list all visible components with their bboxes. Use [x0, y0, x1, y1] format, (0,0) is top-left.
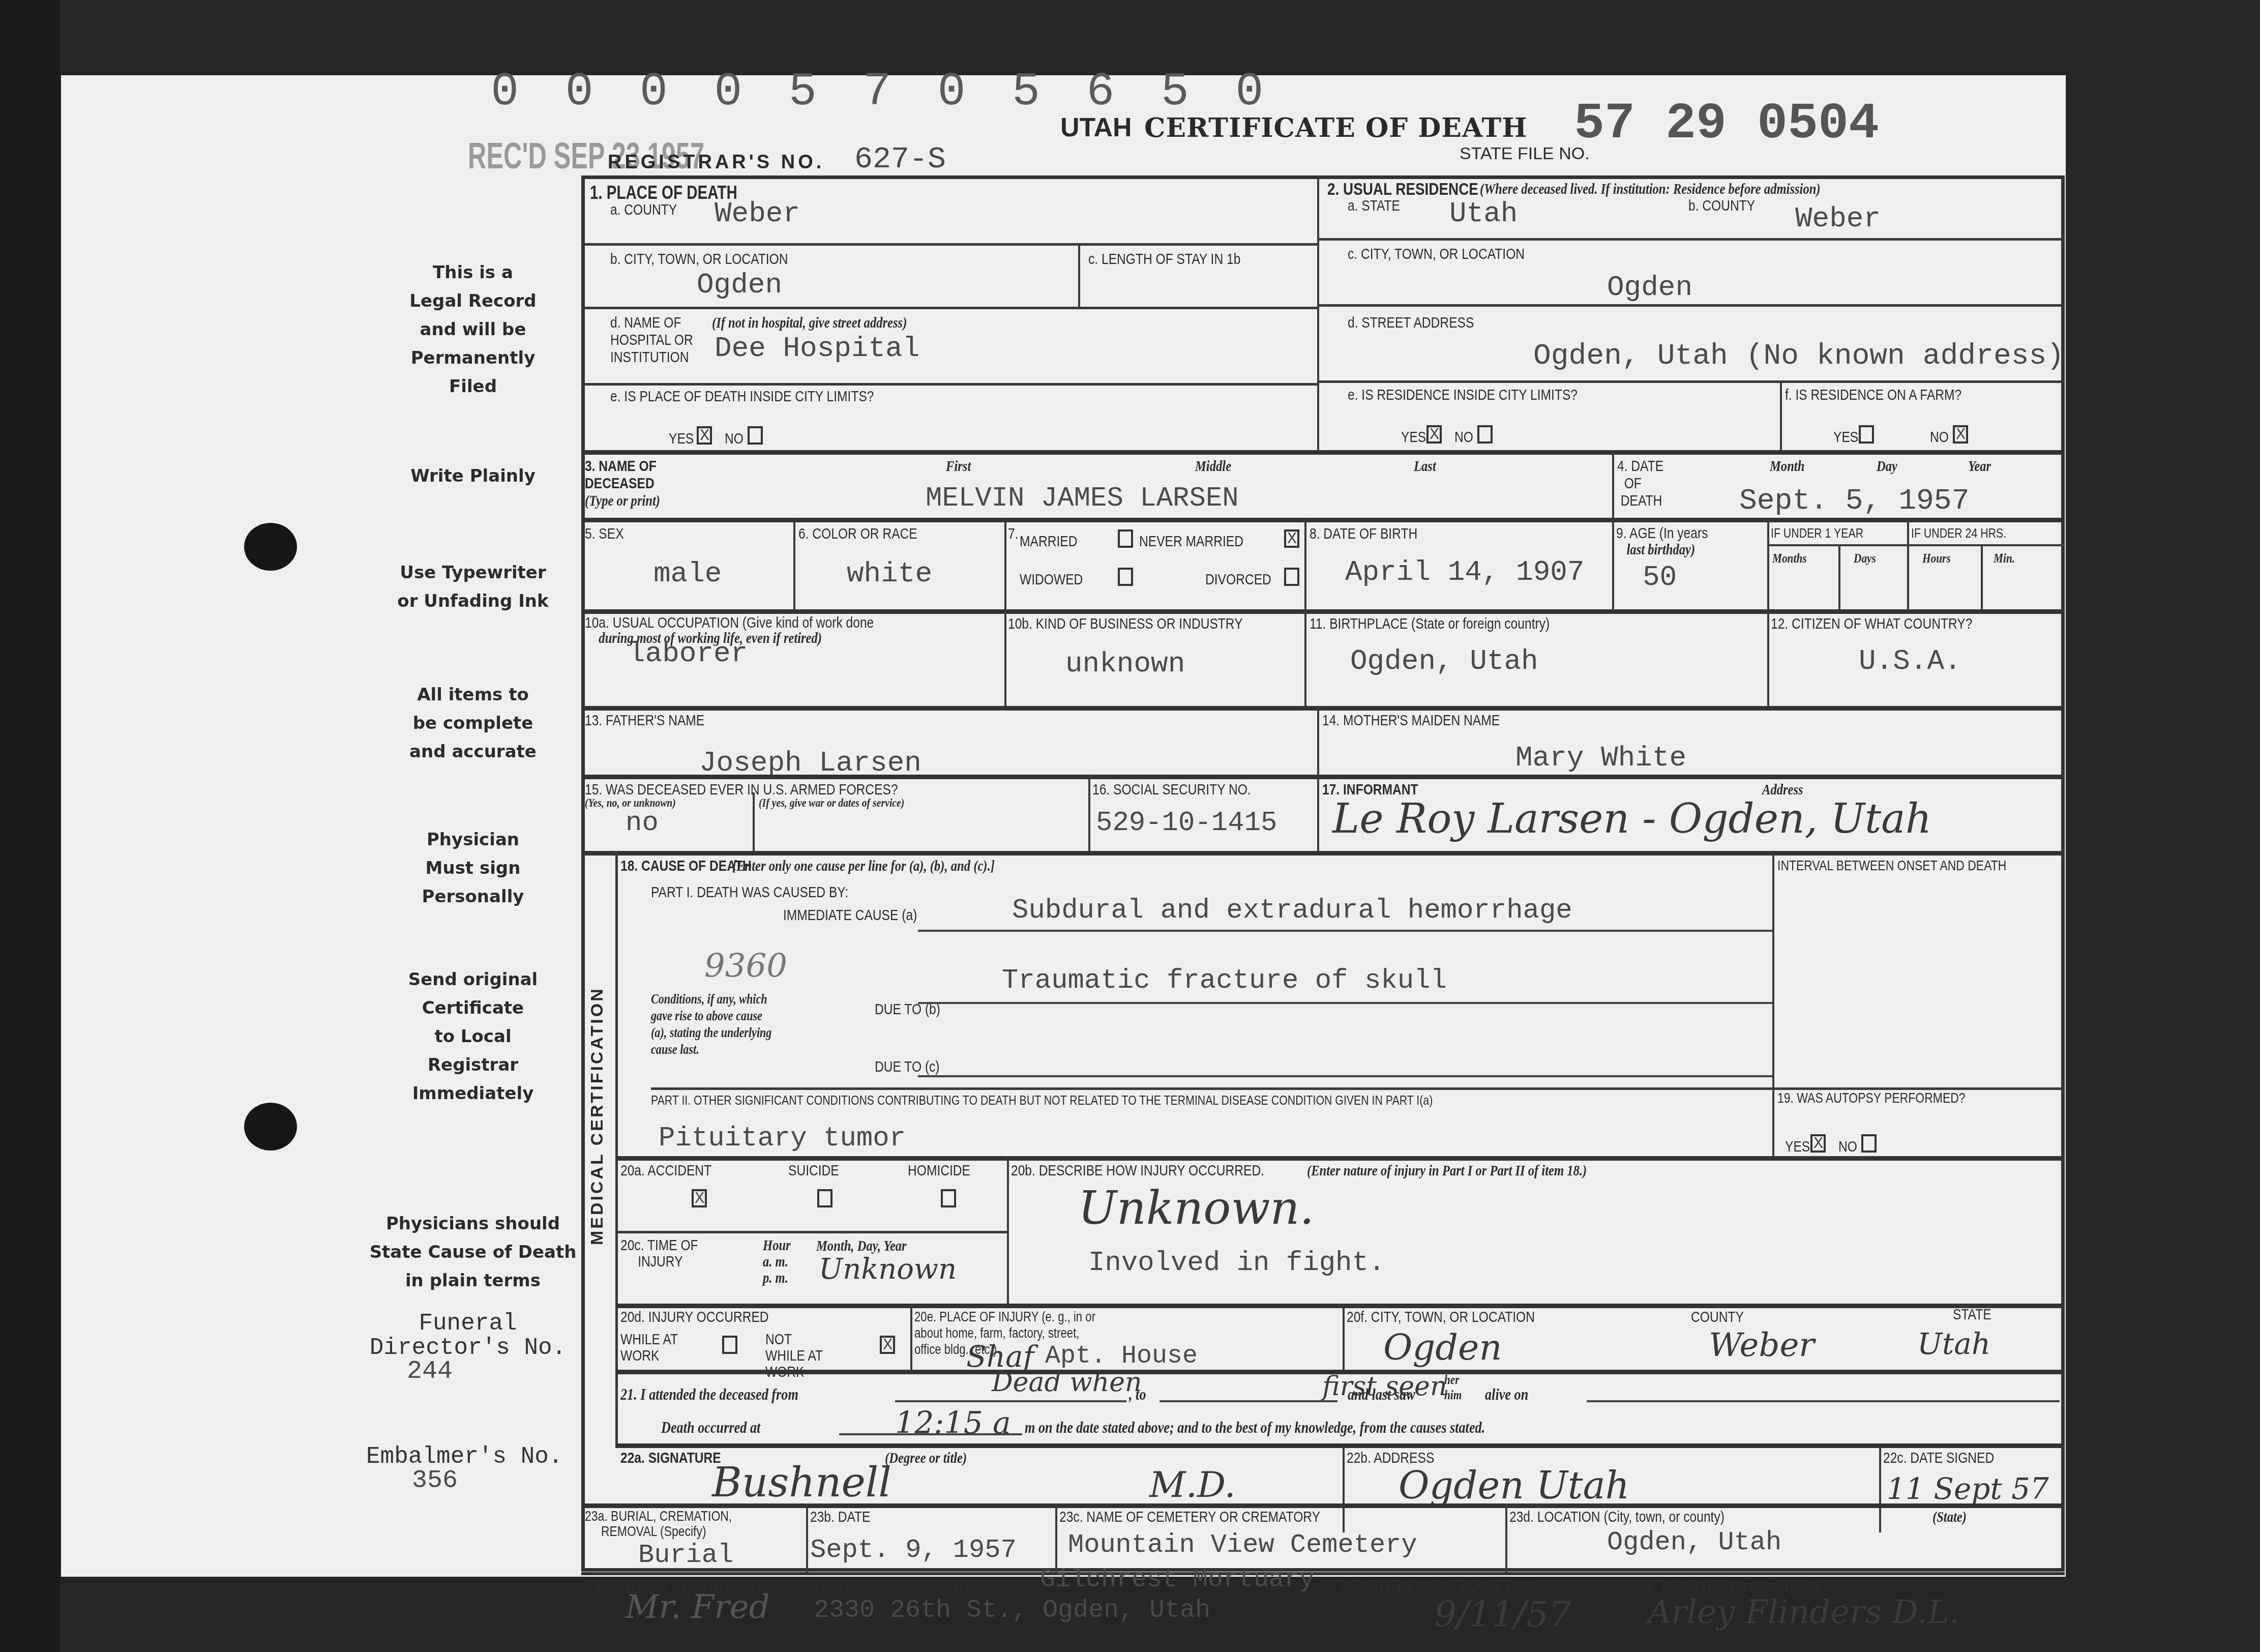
divider: [1780, 380, 1782, 450]
dob-label: 8. DATE OF BIRTH: [1310, 525, 1417, 543]
days-label: Days: [1854, 551, 1876, 566]
registrars-no-label: REGISTRAR'S NO.: [608, 152, 824, 173]
divider: [793, 518, 795, 609]
while-at-work-checkbox[interactable]: [722, 1336, 737, 1354]
homicide-label: HOMICIDE: [908, 1162, 970, 1179]
hospital-label: d. NAME OFHOSPITAL ORINSTITUTION: [610, 314, 693, 366]
hours-label: Hours: [1922, 551, 1951, 566]
res-city-label: c. CITY, TOWN, OR LOCATION: [1348, 246, 1525, 263]
divider: [839, 1433, 1022, 1435]
divider: [615, 1304, 2065, 1308]
divider: [581, 609, 2065, 614]
divider: [1317, 775, 1319, 851]
no-label: NO: [1454, 429, 1473, 446]
marital-label: 7.: [1008, 525, 1019, 543]
res-state-value: Utah: [1449, 197, 1518, 230]
date-recd-label: 25. DATE RECD. BY LOCAL REG.: [1340, 1578, 1537, 1596]
margin-note-complete: All items to be complete and accurate: [331, 681, 615, 766]
mother-label: 14. MOTHER'S MAIDEN NAME: [1322, 712, 1500, 729]
min-label: Min.: [1994, 551, 2015, 566]
divider: [1317, 304, 2065, 307]
describe-injury-typed: Involved in fight.: [1088, 1248, 1385, 1279]
age-value: 50: [1643, 561, 1677, 594]
divider: [581, 1503, 2065, 1508]
under-1-year-label: IF UNDER 1 YEAR: [1771, 525, 1863, 541]
divider: [615, 1231, 1007, 1233]
physician-degree: M.D.: [1149, 1464, 1236, 1506]
never-married-label: NEVER MARRIED: [1139, 533, 1243, 550]
divider: [1505, 1503, 1507, 1572]
divider: [1587, 1400, 2060, 1402]
divider: [581, 706, 2065, 711]
divider: [1007, 1156, 1009, 1304]
divider: [1767, 518, 1769, 609]
divider: [1088, 775, 1090, 851]
industry-label: 10b. KIND OF BUSINESS OR INDUSTRY: [1008, 615, 1243, 633]
divider: [1343, 1304, 1345, 1370]
yes-label: YES: [1833, 429, 1858, 446]
ssn-label: 16. SOCIAL SECURITY NO.: [1092, 781, 1251, 799]
married-label: MARRIED: [1020, 533, 1077, 550]
divider: [1317, 706, 1319, 775]
punch-hole-top: [244, 523, 297, 571]
divider: [1304, 609, 1306, 706]
divider: [615, 1156, 2065, 1161]
divorced-checkbox[interactable]: [1284, 568, 1299, 586]
mother-value: Mary White: [1515, 742, 1686, 774]
state-file-label: STATE FILE NO.: [1460, 144, 1590, 164]
divider: [1612, 518, 1614, 609]
married-checkbox[interactable]: [1118, 529, 1133, 548]
divider: [615, 851, 618, 1443]
funeral-director-signature: Mr. Fred: [626, 1588, 770, 1626]
immediate-cause-value: Subdural and extradural hemorrhage: [1012, 895, 1572, 926]
divider: [581, 383, 1319, 386]
embalmer-no-label: Embalmer's No.: [366, 1443, 562, 1470]
injury-county-label: COUNTY: [1691, 1309, 1744, 1326]
death-inside-limits-yes-checkbox[interactable]: [697, 426, 712, 445]
divider: [581, 775, 2065, 779]
suicide-checkbox[interactable]: [817, 1189, 832, 1207]
date-signed-label: 22c. DATE SIGNED: [1883, 1450, 1994, 1467]
res-street-label: d. STREET ADDRESS: [1348, 314, 1474, 332]
date-recd-value: 9/11/57: [1434, 1594, 1571, 1635]
burial-method-value: Burial: [638, 1540, 733, 1570]
death-city-value: Ogden: [697, 269, 782, 301]
describe-injury-hint: (Enter nature of injury in Part I or Par…: [1307, 1162, 1587, 1179]
first-label: First: [946, 458, 971, 475]
divider: [581, 243, 1319, 246]
divider: [581, 518, 2065, 522]
injury-occurred-label: 20d. INJURY OCCURRED: [620, 1309, 769, 1326]
birthplace-label: 11. BIRTHPLACE (State or foreign country…: [1310, 615, 1550, 633]
time-of-injury-value: Unknown: [819, 1253, 957, 1286]
divorced-label: DIVORCED: [1205, 571, 1271, 588]
res-inside-limits-no-checkbox[interactable]: [1477, 425, 1493, 444]
accident-label: 20a. ACCIDENT: [620, 1162, 711, 1179]
middle-label: Middle: [1195, 458, 1231, 475]
county-label: a. COUNTY: [610, 201, 677, 219]
medical-certification-label: MEDICAL CERTIFICATION: [587, 987, 607, 1245]
cemetery-value: Mountain View Cemetery: [1068, 1530, 1417, 1560]
day-label: Day: [1877, 458, 1897, 475]
describe-injury-label: 20b. DESCRIBE HOW INJURY OCCURRED.: [1011, 1162, 1264, 1179]
divider: [1767, 544, 2065, 546]
interval-label: INTERVAL BETWEEN ONSET AND DEATH: [1777, 858, 2006, 874]
res-city-limits-label: e. IS RESIDENCE INSIDE CITY LIMITS?: [1348, 387, 1578, 404]
ssn-value: 529-10-1415: [1096, 808, 1277, 839]
certificate-title: CERTIFICATE OF DEATH: [1144, 112, 1527, 143]
autopsy-no-checkbox[interactable]: [1861, 1134, 1877, 1153]
physician-signature: Bushnell: [712, 1459, 891, 1506]
divider: [615, 1443, 2065, 1448]
while-at-work-label: WHILE AT WORK: [620, 1332, 683, 1364]
funeral-address-value: 2330 26th St., Ogden, Utah: [814, 1596, 1210, 1625]
month-label: Month: [1770, 458, 1804, 475]
res-county-label: b. COUNTY: [1688, 197, 1755, 215]
hour-ampm-label: Houra. m.p. m.: [763, 1237, 791, 1286]
never-married-checkbox[interactable]: [1284, 529, 1299, 548]
res-inside-limits-yes-checkbox[interactable]: [1426, 425, 1442, 444]
injury-state-label: STATE: [1953, 1306, 1991, 1323]
armed-forces-value: no: [626, 808, 659, 839]
cause-hint: [Enter only one cause per line for (a), …: [732, 858, 995, 875]
farm-yes-checkbox[interactable]: [1859, 425, 1874, 444]
res-city-value: Ogden: [1607, 271, 1692, 304]
margin-note-write-plainly: Write Plainly: [331, 462, 615, 490]
farm-no-checkbox[interactable]: [1953, 425, 1968, 444]
divider: [1879, 1443, 1881, 1532]
deceased-name-label: 3. NAME OFDECEASED(Type or print): [585, 458, 660, 510]
margin-note-send-original: Send original Certificate to Local Regis…: [331, 965, 615, 1108]
due-to-b-value: Traumatic fracture of skull: [1002, 965, 1447, 996]
last-saw-label: and last saw: [1348, 1385, 1415, 1404]
death-inside-limits-no-checkbox[interactable]: [748, 426, 763, 445]
burial-date-label: 23b. DATE: [810, 1509, 871, 1526]
divider: [918, 1002, 1772, 1004]
race-value: white: [847, 557, 932, 590]
no-label: NO: [1838, 1138, 1857, 1156]
divider: [1612, 450, 1614, 518]
punch-hole-bottom: [244, 1103, 297, 1150]
degree-label: (Degree or title): [885, 1450, 967, 1467]
father-label: 13. FATHER'S NAME: [585, 712, 704, 729]
death-city-limits-label: e. IS PLACE OF DEATH INSIDE CITY LIMITS?: [610, 388, 874, 405]
age-label: 9. AGE (In years last birthday): [1616, 525, 1708, 558]
registrar-signature-label: 26. REGISTRAR'S SIGNATURE: [1640, 1578, 1822, 1596]
injury-city-label: 20f. CITY, TOWN, OR LOCATION: [1347, 1309, 1535, 1326]
usual-residence-heading: 2. USUAL RESIDENCE: [1327, 180, 1478, 199]
date-signed-value: 11 Sept 57: [1887, 1471, 2049, 1506]
scan-binding-strip: [0, 0, 60, 1652]
divider: [1838, 544, 1840, 609]
funeral-director-no: 244: [407, 1357, 453, 1386]
informant-signature: Le Roy Larsen - Ogden, Utah: [1332, 795, 1931, 842]
embalmer-no: 356: [412, 1466, 458, 1495]
citizen-value: U.S.A.: [1859, 645, 1961, 677]
serial-number: 0 0 0 0 5 7 0 5 6 5 0: [491, 65, 1272, 119]
death-statement: m on the date stated above; and to the b…: [1025, 1418, 1485, 1437]
funeral-director-no-label: Funeral Director's No.: [351, 1311, 585, 1360]
divider: [581, 1572, 2065, 1575]
divider: [1317, 380, 2065, 383]
due-to-c-label: DUE TO (c): [875, 1058, 940, 1076]
registrar-signature: Arley Flinders D.L.: [1648, 1594, 1959, 1631]
res-state-label: a. STATE: [1348, 197, 1400, 215]
funeral-home-value: Gilchrest Mortuary: [1040, 1566, 1315, 1595]
burial-location-value: Ogden, Utah: [1607, 1527, 1781, 1557]
divider: [581, 450, 2065, 455]
accident-checkbox[interactable]: [692, 1189, 707, 1207]
margin-note-cause-plain: Physicians should State Cause of Death i…: [331, 1209, 615, 1295]
title-prefix: UTAH: [1060, 112, 1132, 143]
length-of-stay-label: c. LENGTH OF STAY IN 1b: [1088, 251, 1240, 268]
divider: [918, 930, 1772, 932]
divider: [918, 1075, 1772, 1077]
res-county-value: Weber: [1795, 202, 1881, 235]
divider: [1304, 518, 1306, 609]
divider: [753, 792, 755, 851]
autopsy-yes-checkbox[interactable]: [1810, 1134, 1826, 1153]
hospital-value: Dee Hospital: [715, 332, 919, 365]
time-of-injury-label: 20c. TIME OF INJURY: [620, 1237, 698, 1270]
signature-label: 22a. SIGNATURE: [620, 1450, 721, 1467]
date-of-death-value: Sept. 5, 1957: [1739, 485, 1969, 518]
usual-residence-hint: (Where deceased lived. If institution: R…: [1480, 181, 1821, 198]
armed-forces-label: 15. WAS DECEASED EVER IN U.S. ARMED FORC…: [585, 781, 898, 799]
citizen-label: 12. CITIZEN OF WHAT COUNTRY?: [1771, 615, 1972, 633]
divider: [910, 1304, 912, 1370]
attended-from-value: Dead when: [992, 1367, 1142, 1398]
death-county-value: Weber: [715, 197, 800, 230]
burial-method-label: 23a. BURIAL, CREMATION, REMOVAL (Specify…: [585, 1509, 732, 1539]
divider: [581, 307, 1319, 309]
industry-value: unknown: [1065, 647, 1185, 680]
war-dates-hint: (If yes, give war or dates of service): [759, 796, 904, 810]
divider: [1317, 238, 2065, 241]
res-street-value: Ogden, Utah (No known address): [1533, 340, 2064, 373]
dob-value: April 14, 1907: [1345, 556, 1584, 588]
margin-note-legal-record: This is a Legal Record and will be Perma…: [331, 258, 615, 401]
divider: [1159, 1400, 1337, 1402]
immediate-cause-label: IMMEDIATE CAUSE (a): [783, 907, 917, 924]
death-time-value: 12:15 a: [895, 1405, 1011, 1441]
death-certificate-page: 0 0 0 0 5 7 0 5 6 5 0 REC'D SEP 23 1957 …: [61, 75, 2066, 1577]
divider: [1981, 544, 1983, 609]
burial-location-label: 23d. LOCATION (City, town, or county): [1509, 1509, 1724, 1526]
describe-injury-handwritten: Unknown.: [1078, 1182, 1314, 1235]
divider: [806, 1503, 808, 1572]
divider: [1907, 518, 1909, 609]
divider: [1343, 1443, 1345, 1532]
birthplace-value: Ogden, Utah: [1350, 645, 1538, 677]
year-label: Year: [1968, 458, 1991, 475]
divider: [1767, 609, 1769, 706]
divider: [1078, 243, 1080, 307]
homicide-checkbox[interactable]: [941, 1189, 956, 1207]
divider: [1004, 518, 1006, 609]
farm-label: f. IS RESIDENCE ON A FARM?: [1785, 387, 1961, 404]
divider: [1004, 609, 1006, 706]
divider: [581, 851, 2065, 855]
physician-address-value: Ogden Utah: [1399, 1464, 1629, 1508]
deceased-name-value: MELVIN JAMES LARSEN: [926, 483, 1239, 514]
yes-label: YES: [669, 430, 694, 448]
yes-label: YES: [1785, 1138, 1810, 1156]
divider: [1772, 851, 1774, 1156]
cemetery-label: 23c. NAME OF CEMETERY OR CREMATORY: [1059, 1509, 1320, 1526]
under-24-hrs-label: IF UNDER 24 HRS.: [1911, 525, 2006, 541]
margin-note-physician-sign: Physician Must sign Personally: [331, 825, 615, 911]
last-label: Last: [1414, 458, 1436, 475]
part2-label: PART II. OTHER SIGNIFICANT CONDITIONS CO…: [651, 1093, 1433, 1108]
death-occurred-label: Death occurred at: [661, 1418, 760, 1437]
divider: [895, 1400, 1126, 1402]
divider: [1055, 1503, 1057, 1572]
injury-county-value: Weber: [1709, 1326, 1815, 1364]
her-him-label: herhim: [1444, 1372, 1462, 1403]
part1-label: PART I. DEATH WAS CAUSED BY:: [651, 884, 848, 901]
months-label: Months: [1772, 551, 1807, 566]
no-label: NO: [725, 430, 744, 448]
to-label: , to: [1129, 1385, 1146, 1404]
widowed-label: WIDOWED: [1020, 571, 1083, 588]
attended-label: 21. I attended the deceased from: [620, 1385, 798, 1404]
burial-date-value: Sept. 9, 1957: [810, 1535, 1017, 1565]
place-of-injury-value: Apt. House: [1045, 1342, 1198, 1371]
sex-value: male: [653, 557, 722, 590]
not-while-at-work-checkbox[interactable]: [880, 1336, 895, 1354]
state-file-number: 57 29 0504: [1574, 96, 1879, 153]
conditions-note: Conditions, if any, which gave rise to a…: [651, 991, 776, 1058]
suicide-label: SUICIDE: [788, 1162, 839, 1179]
sex-label: 5. SEX: [585, 525, 624, 543]
injury-city-value: Ogden: [1383, 1326, 1502, 1368]
registrars-no: 627-S: [854, 142, 946, 177]
margin-note-typewriter: Use Typewriter or Unfading Ink: [331, 558, 615, 615]
autopsy-label: 19. WAS AUTOPSY PERFORMED?: [1777, 1090, 1966, 1106]
yes-label: YES: [1401, 429, 1426, 446]
burial-state-label: (State): [1932, 1509, 1967, 1526]
date-of-death-label: 4. DATE OF DEATH: [1617, 458, 1663, 510]
part2-value: Pituitary tumor: [659, 1123, 906, 1154]
occupation-value: laborer: [628, 637, 748, 670]
divider: [1317, 175, 1319, 450]
death-city-label: b. CITY, TOWN, OR LOCATION: [610, 251, 788, 268]
mdy-label: Month, Day, Year: [816, 1237, 907, 1255]
injury-state-value: Utah: [1917, 1326, 1990, 1361]
coding-note: 9360: [704, 948, 787, 985]
alive-on-label: alive on: [1485, 1385, 1528, 1404]
no-label: NO: [1930, 429, 1949, 446]
widowed-checkbox[interactable]: [1118, 568, 1133, 586]
race-label: 6. COLOR OR RACE: [798, 525, 917, 543]
hospital-hint: (If not in hospital, give street address…: [712, 314, 907, 332]
